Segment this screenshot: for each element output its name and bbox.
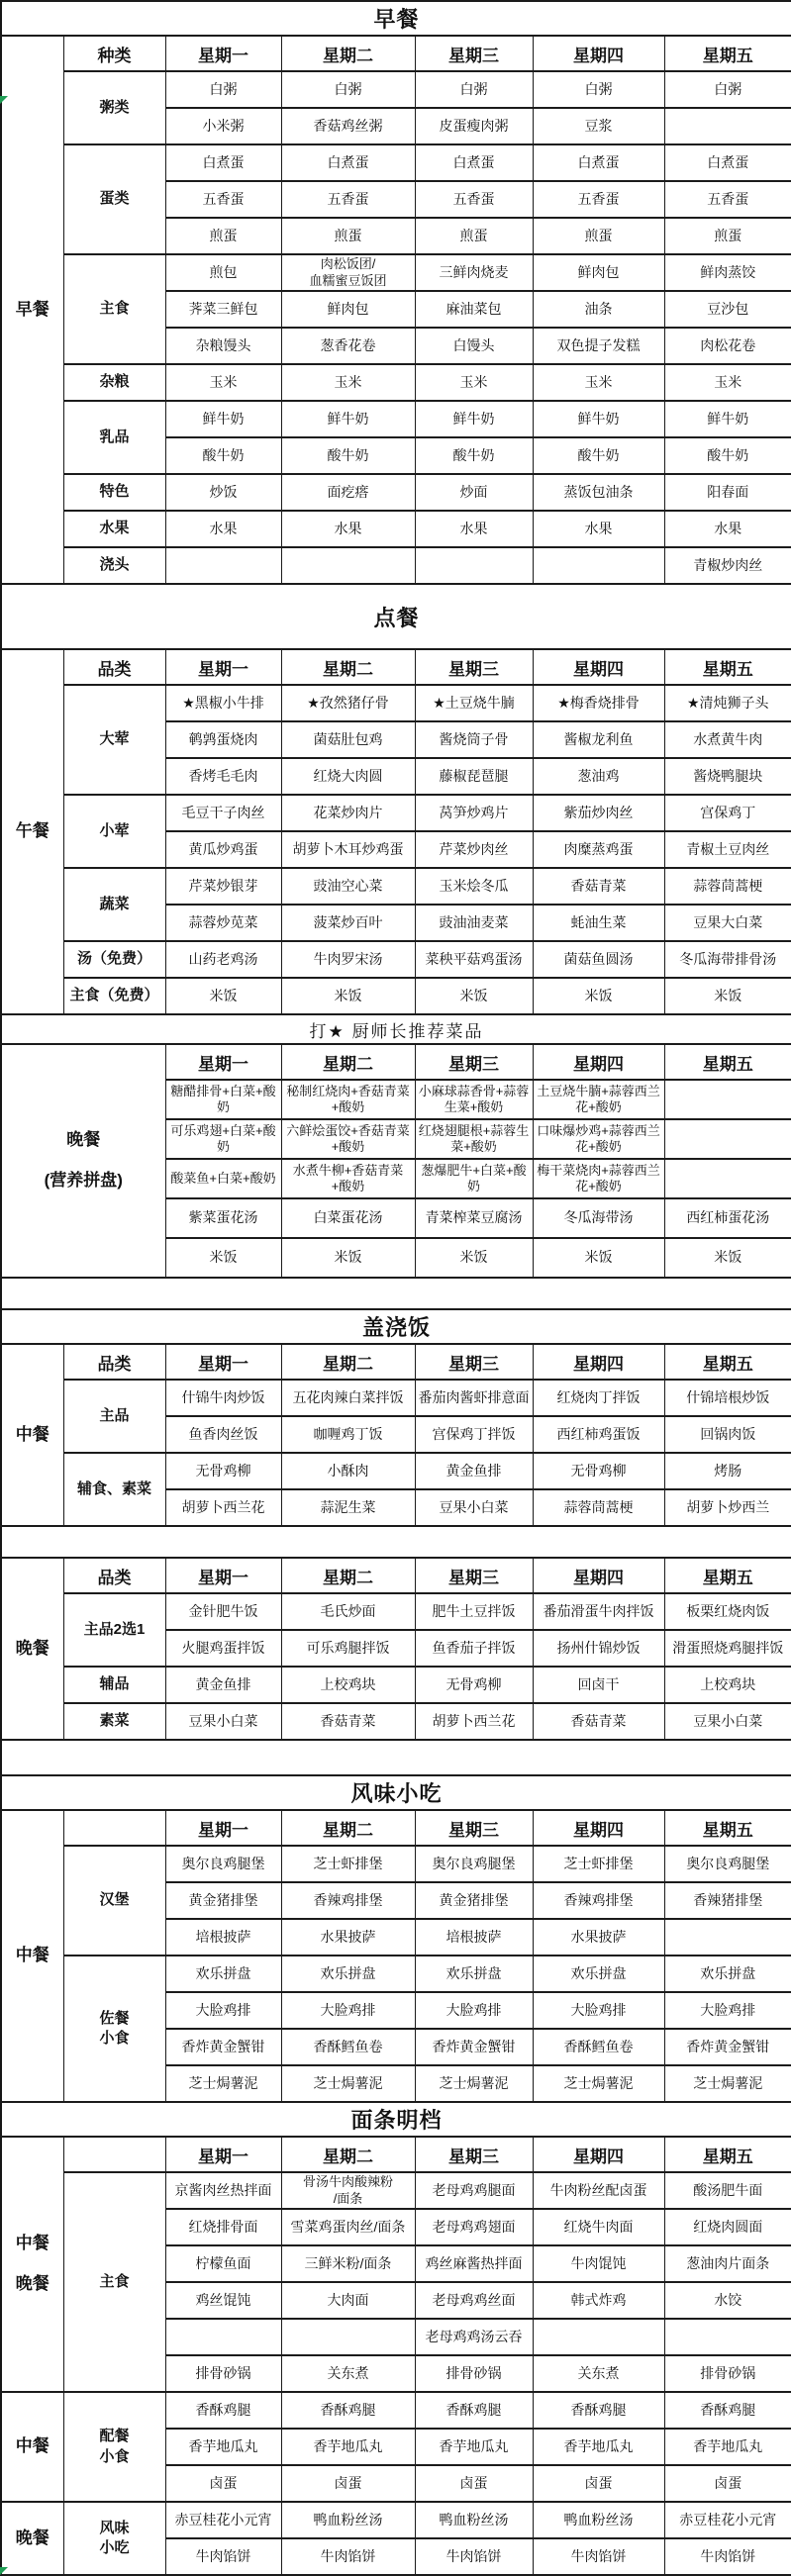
menu-item: 青椒炒肉丝 xyxy=(664,547,791,584)
menu-item: 小酥肉 xyxy=(281,1453,415,1489)
day-header: 星期四 xyxy=(533,1810,664,1846)
menu-item: 宫保鸡丁 xyxy=(664,795,791,831)
menu-item: 芝士虾排堡 xyxy=(281,1846,415,1882)
menu-item: ★土豆烧牛腩 xyxy=(415,685,533,721)
menu-item: 菌菇肚包鸡 xyxy=(281,721,415,758)
menu-item: 赤豆桂花小元宵 xyxy=(664,2502,791,2538)
menu-item: 韩式炸鸡 xyxy=(533,2282,664,2319)
menu-item: 黄金鱼排 xyxy=(165,1667,281,1703)
day-header: 星期一 xyxy=(165,1044,281,1080)
menu-item: 白粥 xyxy=(281,71,415,108)
menu-item: 扬州什锦炒饭 xyxy=(533,1630,664,1667)
menu-item: 番茄肉酱虾排意面 xyxy=(415,1380,533,1416)
day-header: 星期四 xyxy=(533,1558,664,1593)
section-title: 点餐 xyxy=(1,584,791,649)
menu-item: 奥尔良鸡腿堡 xyxy=(664,1846,791,1882)
menu-item: 卤蛋 xyxy=(533,2465,664,2502)
menu-item xyxy=(664,2319,791,2355)
menu-table: 早餐早餐种类星期一星期二星期三星期四星期五粥类白粥白粥白粥白粥白粥小米粥香菇鸡丝… xyxy=(0,0,791,2576)
menu-item xyxy=(533,547,664,584)
menu-item: 大脸鸡排 xyxy=(415,1992,533,2029)
category-cell: 配餐 小食 xyxy=(63,2392,165,2502)
menu-item: 火腿鸡蛋拌饭 xyxy=(165,1630,281,1667)
excel-marker-top-icon xyxy=(0,96,8,104)
menu-item: 排骨砂锅 xyxy=(415,2355,533,2392)
menu-item: 水煮黄牛肉 xyxy=(664,721,791,758)
menu-item: 煎蛋 xyxy=(281,218,415,254)
menu-item: 酸牛奶 xyxy=(664,437,791,474)
menu-item: ★孜然猪仔骨 xyxy=(281,685,415,721)
meal-cell: 中餐 xyxy=(1,1344,63,1526)
day-header: 星期五 xyxy=(664,36,791,71)
category-cell: 汤（免费） xyxy=(63,941,165,978)
menu-item: 排骨砂锅 xyxy=(165,2355,281,2392)
menu-item: 白煮蛋 xyxy=(165,144,281,181)
menu-item: 老母鸡鸡汤云吞 xyxy=(415,2319,533,2355)
menu-item: 炒面 xyxy=(415,474,533,511)
menu-item: 牛肉罗宋汤 xyxy=(281,941,415,978)
menu-item: 土豆烧牛腩+蒜蓉西兰花+酸奶 xyxy=(533,1080,664,1119)
menu-item: 红烧肉圆面 xyxy=(664,2209,791,2245)
table-row: 乳品鲜牛奶鲜牛奶鲜牛奶鲜牛奶鲜牛奶 xyxy=(1,401,791,437)
menu-item: 葱爆肥牛+白菜+酸奶 xyxy=(415,1159,533,1198)
day-header: 星期一 xyxy=(165,1810,281,1846)
menu-item: 酱椒龙利鱼 xyxy=(533,721,664,758)
menu-item: 香芋地瓜丸 xyxy=(533,2429,664,2465)
category-cell: 大荤 xyxy=(63,685,165,795)
menu-item: 五香蛋 xyxy=(165,181,281,218)
day-header: 星期三 xyxy=(415,2137,533,2172)
menu-item: 菜秧平菇鸡蛋汤 xyxy=(415,941,533,978)
menu-item: 酱烧鸭腿块 xyxy=(664,758,791,795)
menu-item: 毛氏炒面 xyxy=(281,1593,415,1630)
menu-item: 煎蛋 xyxy=(415,218,533,254)
menu-item: 欢乐拼盘 xyxy=(165,1956,281,1992)
menu-item: 胡萝卜西兰花 xyxy=(415,1703,533,1740)
menu-item: 玉米 xyxy=(533,364,664,401)
meal-cell: 早餐 xyxy=(1,36,63,584)
menu-item: 水果 xyxy=(664,511,791,547)
menu-item: 白菜蛋花汤 xyxy=(281,1198,415,1238)
menu-item: 鲜牛奶 xyxy=(664,401,791,437)
category-cell: 水果 xyxy=(63,511,165,547)
menu-item: 酸汤肥牛面 xyxy=(664,2172,791,2209)
corner-header: 品类 xyxy=(63,649,165,685)
menu-item: 红烧翅腿根+蒜蓉生菜+酸奶 xyxy=(415,1119,533,1159)
menu-item: 水果 xyxy=(415,511,533,547)
menu-item: 芝士焗薯泥 xyxy=(281,2065,415,2102)
menu-item: 藤椒琵琶腿 xyxy=(415,758,533,795)
menu-item: 黄金猪排堡 xyxy=(165,1882,281,1919)
menu-item: 毛豆干子肉丝 xyxy=(165,795,281,831)
category-cell: 主食 xyxy=(63,254,165,364)
menu-item: 玉米 xyxy=(165,364,281,401)
menu-item: 上校鸡块 xyxy=(281,1667,415,1703)
table-row: 汤（免费）山药老鸡汤牛肉罗宋汤菜秧平菇鸡蛋汤菌菇鱼圆汤冬瓜海带排骨汤 xyxy=(1,941,791,978)
menu-item: 莴笋炒鸡片 xyxy=(415,795,533,831)
category-cell: 浇头 xyxy=(63,547,165,584)
menu-item: 水果 xyxy=(281,511,415,547)
menu-item: 豉油空心菜 xyxy=(281,868,415,905)
day-header: 星期二 xyxy=(281,1344,415,1380)
table-row: 主食京酱肉丝热拌面骨汤牛肉酸辣粉 /面条老母鸡鸡腿面牛肉粉丝配卤蛋酸汤肥牛面 xyxy=(1,2172,791,2209)
menu-item: 玉米 xyxy=(664,364,791,401)
menu-item: 芝士焗薯泥 xyxy=(533,2065,664,2102)
menu-item: 蒜蓉茼蒿梗 xyxy=(533,1489,664,1526)
meal-cell: 中餐 xyxy=(1,1810,63,2102)
corner-header: 品类 xyxy=(63,1558,165,1593)
menu-item xyxy=(664,1080,791,1119)
day-header: 星期一 xyxy=(165,649,281,685)
table-row: 主食（免费）米饭米饭米饭米饭米饭 xyxy=(1,978,791,1014)
menu-item: 荠菜三鲜包 xyxy=(165,291,281,328)
table-row: 中餐品类星期一星期二星期三星期四星期五 xyxy=(1,1344,791,1380)
menu-item: 红烧大肉圆 xyxy=(281,758,415,795)
day-header: 星期四 xyxy=(533,1044,664,1080)
menu-item: 白煮蛋 xyxy=(281,144,415,181)
menu-item: 白煮蛋 xyxy=(533,144,664,181)
table-row: 中餐星期一星期二星期三星期四星期五 xyxy=(1,1810,791,1846)
menu-item: 鲜牛奶 xyxy=(281,401,415,437)
day-header: 星期五 xyxy=(664,2137,791,2172)
menu-item: 香芋地瓜丸 xyxy=(165,2429,281,2465)
category-cell: 辅食、素菜 xyxy=(63,1453,165,1526)
table-row: 主食煎包肉松饭团/ 血糯蜜豆饭团三鲜肉烧麦鲜肉包鲜肉蒸饺 xyxy=(1,254,791,291)
menu-item: 蒜泥生菜 xyxy=(281,1489,415,1526)
menu-item: 米饭 xyxy=(281,1238,415,1278)
table-row: 杂粮玉米玉米玉米玉米玉米 xyxy=(1,364,791,401)
menu-item: 豆果小白菜 xyxy=(415,1489,533,1526)
table-row: 小荤毛豆干子肉丝花菜炒肉片莴笋炒鸡片紫茄炒肉丝宫保鸡丁 xyxy=(1,795,791,831)
menu-item: 香菇青菜 xyxy=(533,1703,664,1740)
menu-item xyxy=(664,1159,791,1198)
corner-header: 种类 xyxy=(63,36,165,71)
category-cell: 汉堡 xyxy=(63,1846,165,1956)
menu-item: 水煮牛柳+香菇青菜+酸奶 xyxy=(281,1159,415,1198)
menu-item: 香酥鸡腿 xyxy=(281,2392,415,2429)
menu-item: 米饭 xyxy=(281,978,415,1014)
menu-item: 梅干菜烧肉+蒜蓉西兰花+酸奶 xyxy=(533,1159,664,1198)
menu-item: 豆果大白菜 xyxy=(664,905,791,941)
menu-item: 豉油油麦菜 xyxy=(415,905,533,941)
day-header: 星期三 xyxy=(415,1344,533,1380)
table-row: 特色炒饭面疙瘩炒面蒸饭包油条阳春面 xyxy=(1,474,791,511)
menu-item xyxy=(664,1919,791,1956)
menu-item: 西红柿蛋花汤 xyxy=(664,1198,791,1238)
menu-item: 酸牛奶 xyxy=(533,437,664,474)
menu-item: 胡萝卜炒西兰 xyxy=(664,1489,791,1526)
menu-item: 黄金鱼排 xyxy=(415,1453,533,1489)
table-row xyxy=(1,1278,791,1309)
menu-item: 芝士虾排堡 xyxy=(533,1846,664,1882)
menu-item: 糖醋排骨+白菜+酸奶 xyxy=(165,1080,281,1119)
day-header: 星期三 xyxy=(415,1810,533,1846)
menu-item: ★黑椒小牛排 xyxy=(165,685,281,721)
menu-item: 水饺 xyxy=(664,2282,791,2319)
menu-item: 鱼香茄子拌饭 xyxy=(415,1630,533,1667)
day-header: 星期三 xyxy=(415,36,533,71)
menu-item: 奥尔良鸡腿堡 xyxy=(165,1846,281,1882)
menu-item: 无骨鸡柳 xyxy=(415,1667,533,1703)
menu-item: 豆果小白菜 xyxy=(165,1703,281,1740)
menu-item: 鸡丝馄饨 xyxy=(165,2282,281,2319)
day-header: 星期五 xyxy=(664,1044,791,1080)
menu-item: 白粥 xyxy=(415,71,533,108)
category-cell: 蛋类 xyxy=(63,144,165,254)
menu-item: 酸牛奶 xyxy=(281,437,415,474)
menu-item: 上校鸡块 xyxy=(664,1667,791,1703)
menu-item: 牛肉馅饼 xyxy=(165,2538,281,2575)
category-cell: 辅品 xyxy=(63,1667,165,1703)
menu-item: 鸭血粉丝汤 xyxy=(281,2502,415,2538)
table-row: 早餐 xyxy=(1,1,791,36)
menu-item: 京酱肉丝热拌面 xyxy=(165,2172,281,2209)
category-cell: 粥类 xyxy=(63,71,165,144)
menu-item: 玉米 xyxy=(415,364,533,401)
menu-item: 回卤干 xyxy=(533,1667,664,1703)
menu-item: 五香蛋 xyxy=(281,181,415,218)
day-header: 星期四 xyxy=(533,36,664,71)
menu-item: 关东煮 xyxy=(281,2355,415,2392)
menu-item: 白粥 xyxy=(664,71,791,108)
category-cell: 佐餐 小食 xyxy=(63,1956,165,2102)
menu-item: 卤蛋 xyxy=(415,2465,533,2502)
table-row xyxy=(1,1526,791,1558)
menu-item xyxy=(533,2319,664,2355)
table-row: 浇头青椒炒肉丝 xyxy=(1,547,791,584)
menu-item: 可乐鸡翅+白菜+酸奶 xyxy=(165,1119,281,1159)
menu-item: 金针肥牛饭 xyxy=(165,1593,281,1630)
menu-item: 卤蛋 xyxy=(664,2465,791,2502)
menu-item: 牛肉馅饼 xyxy=(664,2538,791,2575)
menu-item: 六鲜烩蛋饺+香菇青菜+酸奶 xyxy=(281,1119,415,1159)
menu-item: 香芋地瓜丸 xyxy=(664,2429,791,2465)
menu-item: 紫茄炒肉丝 xyxy=(533,795,664,831)
menu-item: 培根披萨 xyxy=(165,1919,281,1956)
menu-item: 油条 xyxy=(533,291,664,328)
table-row: 蔬菜芹菜炒银芽豉油空心菜玉米烩冬瓜香菇青菜蒜蓉茼蒿梗 xyxy=(1,868,791,905)
table-row: 蛋类白煮蛋白煮蛋白煮蛋白煮蛋白煮蛋 xyxy=(1,144,791,181)
menu-item: 香酥鳕鱼卷 xyxy=(281,2029,415,2065)
menu-item: 蒜蓉炒苋菜 xyxy=(165,905,281,941)
menu-item: 米饭 xyxy=(165,1238,281,1278)
category-cell: 小荤 xyxy=(63,795,165,868)
meal-cell: 晚餐 xyxy=(1,1558,63,1740)
menu-item: 香炸黄金蟹钳 xyxy=(165,2029,281,2065)
day-header: 星期五 xyxy=(664,1558,791,1593)
table-row: 面条明档 xyxy=(1,2102,791,2137)
day-header: 星期一 xyxy=(165,1344,281,1380)
table-row: 粥类白粥白粥白粥白粥白粥 xyxy=(1,71,791,108)
menu-item: 什锦牛肉炒饭 xyxy=(165,1380,281,1416)
menu-item: 花菜炒肉片 xyxy=(281,795,415,831)
menu-item: 白粥 xyxy=(533,71,664,108)
menu-item: 红烧排骨面 xyxy=(165,2209,281,2245)
menu-item: 香酥鸡腿 xyxy=(664,2392,791,2429)
menu-item: 紫菜蛋花汤 xyxy=(165,1198,281,1238)
menu-item: 米饭 xyxy=(533,978,664,1014)
day-header: 星期四 xyxy=(533,1344,664,1380)
menu-item: 大肉面 xyxy=(281,2282,415,2319)
category-cell: 主食 xyxy=(63,2172,165,2392)
menu-item: 柠檬鱼面 xyxy=(165,2245,281,2282)
menu-item: 秘制红烧肉+香菇青菜+酸奶 xyxy=(281,1080,415,1119)
table-row: 汉堡奥尔良鸡腿堡芝士虾排堡奥尔良鸡腿堡芝士虾排堡奥尔良鸡腿堡 xyxy=(1,1846,791,1882)
menu-item: 大脸鸡排 xyxy=(281,1992,415,2029)
menu-item: 胡萝卜木耳炒鸡蛋 xyxy=(281,831,415,868)
menu-item: 鹌鹑蛋烧肉 xyxy=(165,721,281,758)
menu-item: 香辣鸡排堡 xyxy=(281,1882,415,1919)
menu-item: 麻油菜包 xyxy=(415,291,533,328)
menu-item: 香辣鸡排堡 xyxy=(533,1882,664,1919)
menu-item: 无骨鸡柳 xyxy=(165,1453,281,1489)
category-cell: 主食（免费） xyxy=(63,978,165,1014)
menu-item: 青椒土豆肉丝 xyxy=(664,831,791,868)
menu-item: 面疙瘩 xyxy=(281,474,415,511)
menu-item: 骨汤牛肉酸辣粉 /面条 xyxy=(281,2172,415,2209)
menu-item: 鸭血粉丝汤 xyxy=(415,2502,533,2538)
menu-item: 香酥鸡腿 xyxy=(165,2392,281,2429)
day-header: 星期二 xyxy=(281,36,415,71)
menu-item: 白馒头 xyxy=(415,328,533,364)
corner-header xyxy=(63,1810,165,1846)
menu-item: 小麻球蒜香骨+蒜蓉生菜+酸奶 xyxy=(415,1080,533,1119)
table-row: 早餐种类星期一星期二星期三星期四星期五 xyxy=(1,36,791,71)
table-row: 晚餐品类星期一星期二星期三星期四星期五 xyxy=(1,1558,791,1593)
day-header: 星期三 xyxy=(415,1044,533,1080)
menu-item: 水果披萨 xyxy=(281,1919,415,1956)
menu-item: 菠菜炒百叶 xyxy=(281,905,415,941)
day-header: 星期二 xyxy=(281,1558,415,1593)
menu-item: 香菇青菜 xyxy=(281,1703,415,1740)
menu-item: 欢乐拼盘 xyxy=(281,1956,415,1992)
section-title: 早餐 xyxy=(1,1,791,36)
category-cell: 主品2选1 xyxy=(63,1593,165,1667)
meal-cell: 中餐 xyxy=(1,2392,63,2502)
menu-item: 香芋地瓜丸 xyxy=(415,2429,533,2465)
menu-item: 板栗红烧肉饭 xyxy=(664,1593,791,1630)
table-row: 盖浇饭 xyxy=(1,1309,791,1344)
table-row: 中餐配餐 小食香酥鸡腿香酥鸡腿香酥鸡腿香酥鸡腿香酥鸡腿 xyxy=(1,2392,791,2429)
table-row: 佐餐 小食欢乐拼盘欢乐拼盘欢乐拼盘欢乐拼盘欢乐拼盘 xyxy=(1,1956,791,1992)
menu-item: 大脸鸡排 xyxy=(664,1992,791,2029)
menu-item: 酸菜鱼+白菜+酸奶 xyxy=(165,1159,281,1198)
menu-item: 豆果小白菜 xyxy=(664,1703,791,1740)
day-header: 星期二 xyxy=(281,2137,415,2172)
table-row: 辅品黄金鱼排上校鸡块无骨鸡柳回卤干上校鸡块 xyxy=(1,1667,791,1703)
day-header: 星期一 xyxy=(165,36,281,71)
menu-item: 香酥鸡腿 xyxy=(533,2392,664,2429)
menu-item: 五花肉辣白菜拌饭 xyxy=(281,1380,415,1416)
menu-item: 肉松花卷 xyxy=(664,328,791,364)
menu-item: 杂粮馒头 xyxy=(165,328,281,364)
menu-item: 香酥鳕鱼卷 xyxy=(533,2029,664,2065)
menu-item: 白煮蛋 xyxy=(415,144,533,181)
day-header: 星期二 xyxy=(281,649,415,685)
menu-item: 米饭 xyxy=(415,978,533,1014)
section-title: 面条明档 xyxy=(1,2102,791,2137)
menu-item: 黄金猪排堡 xyxy=(415,1882,533,1919)
menu-item: 芹菜炒银芽 xyxy=(165,868,281,905)
day-header: 星期五 xyxy=(664,1810,791,1846)
menu-item: 葱油肉片面条 xyxy=(664,2245,791,2282)
menu-item: 双色提子发糕 xyxy=(533,328,664,364)
table-row: 辅食、素菜无骨鸡柳小酥肉黄金鱼排无骨鸡柳烤肠 xyxy=(1,1453,791,1489)
menu-item: 香辣猪排堡 xyxy=(664,1882,791,1919)
menu-item: 肉松饭团/ 血糯蜜豆饭团 xyxy=(281,254,415,291)
day-header: 星期四 xyxy=(533,649,664,685)
menu-item: 西红柿鸡蛋饭 xyxy=(533,1416,664,1453)
menu-item: 鲜肉包 xyxy=(533,254,664,291)
menu-item: 回锅肉饭 xyxy=(664,1416,791,1453)
day-header: 星期五 xyxy=(664,1344,791,1380)
menu-item: 香炸黄金蟹钳 xyxy=(664,2029,791,2065)
day-header: 星期四 xyxy=(533,2137,664,2172)
menu-item: 玉米烩冬瓜 xyxy=(415,868,533,905)
menu-item: 胡萝卜西兰花 xyxy=(165,1489,281,1526)
menu-item: 芝士焗薯泥 xyxy=(165,2065,281,2102)
menu-item: 香烤毛毛肉 xyxy=(165,758,281,795)
menu-item: 蚝油生菜 xyxy=(533,905,664,941)
menu-item: 鸡丝麻酱热拌面 xyxy=(415,2245,533,2282)
menu-item: 玉米 xyxy=(281,364,415,401)
menu-item: 五香蛋 xyxy=(664,181,791,218)
menu-item: 雪菜鸡蛋肉丝/面条 xyxy=(281,2209,415,2245)
menu-item: 牛肉馅饼 xyxy=(281,2538,415,2575)
menu-item: ★梅香烧排骨 xyxy=(533,685,664,721)
menu-item: 菌菇鱼圆汤 xyxy=(533,941,664,978)
category-cell: 特色 xyxy=(63,474,165,511)
section-title: 风味小吃 xyxy=(1,1775,791,1810)
table-row xyxy=(1,1740,791,1775)
table-row: 素菜豆果小白菜香菇青菜胡萝卜西兰花香菇青菜豆果小白菜 xyxy=(1,1703,791,1740)
menu-item: 肥牛土豆拌饭 xyxy=(415,1593,533,1630)
menu-item: 大脸鸡排 xyxy=(165,1992,281,2029)
excel-marker-bottom-icon xyxy=(0,2567,8,2575)
menu-item: 山药老鸡汤 xyxy=(165,941,281,978)
day-header: 星期三 xyxy=(415,649,533,685)
corner-header xyxy=(63,2137,165,2172)
table-row: 主品什锦牛肉炒饭五花肉辣白菜拌饭番茄肉酱虾排意面红烧肉丁拌饭什锦培根炒饭 xyxy=(1,1380,791,1416)
menu-item: 皮蛋瘦肉粥 xyxy=(415,108,533,144)
menu-item: 红烧肉丁拌饭 xyxy=(533,1380,664,1416)
table-row: 中餐 晚餐星期一星期二星期三星期四星期五 xyxy=(1,2137,791,2172)
menu-item: 酸牛奶 xyxy=(165,437,281,474)
menu-item: 煎包 xyxy=(165,254,281,291)
menu-item: 水果 xyxy=(165,511,281,547)
category-cell: 杂粮 xyxy=(63,364,165,401)
menu-item: 三鲜米粉/面条 xyxy=(281,2245,415,2282)
menu-item: 葱香花卷 xyxy=(281,328,415,364)
menu-item: 什锦培根炒饭 xyxy=(664,1380,791,1416)
day-header: 星期三 xyxy=(415,1558,533,1593)
menu-item: 欢乐拼盘 xyxy=(533,1956,664,1992)
menu-item: 排骨砂锅 xyxy=(664,2355,791,2392)
table-row: 主品2选1金针肥牛饭毛氏炒面肥牛土豆拌饭番茄滑蛋牛肉拌饭板栗红烧肉饭 xyxy=(1,1593,791,1630)
menu-item: 香酥鸡腿 xyxy=(415,2392,533,2429)
category-cell: 乳品 xyxy=(63,401,165,474)
menu-item: 滑蛋照烧鸡腿拌饭 xyxy=(664,1630,791,1667)
table-row: 午餐品类星期一星期二星期三星期四星期五 xyxy=(1,649,791,685)
table-row: 水果水果水果水果水果水果 xyxy=(1,511,791,547)
meal-cell: 午餐 xyxy=(1,649,63,1014)
menu-item: 水果披萨 xyxy=(533,1919,664,1956)
menu-item: 红烧牛肉面 xyxy=(533,2209,664,2245)
menu-item xyxy=(281,2319,415,2355)
menu-item: 关东煮 xyxy=(533,2355,664,2392)
menu-item: 老母鸡鸡丝面 xyxy=(415,2282,533,2319)
menu-item: 阳春面 xyxy=(664,474,791,511)
